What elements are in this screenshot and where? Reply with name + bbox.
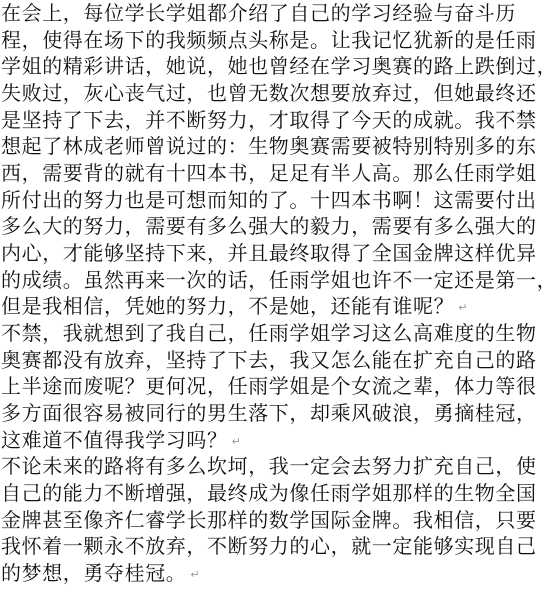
document-page: 在会上，每位学长学姐都介绍了自己的学习经验与奋斗历 程，使得在场下的我频频点头称… <box>0 0 554 592</box>
text-line: 失败过，灰心丧气过，也曾无数次想要放弃过，但她最终还 <box>1 80 554 107</box>
text-line: 的成绩。虽然再来一次的话，任雨学姐也许不一定还是第一， <box>1 267 554 294</box>
text-line: 多方面很容易被同行的男生落下，却乘风破浪，勇摘桂冠， <box>1 400 554 427</box>
paragraph-mark-icon: ↵ <box>458 301 468 314</box>
text-line: 是坚持了下去，并不断努力，才取得了今天的成就。我不禁 <box>1 107 554 134</box>
text-line: 多么大的努力，需要有多么强大的毅力，需要有多么强大的 <box>1 213 554 240</box>
text-line: 内心，才能够坚持下来，并且最终取得了全国金牌这样优异 <box>1 240 554 267</box>
text-line: 不禁，我就想到了我自己，任雨学姐学习这么高难度的生物 <box>1 320 554 347</box>
text-line: 的梦想，勇夺桂冠。↵ <box>1 560 554 587</box>
text-line-content: 但是我相信，凭她的努力，不是她，还能有谁呢？ <box>1 294 454 318</box>
text-line: 在会上，每位学长学姐都介绍了自己的学习经验与奋斗历 <box>1 0 554 27</box>
text-line: 但是我相信，凭她的努力，不是她，还能有谁呢？↵ <box>1 293 554 320</box>
text-line: 这难道不值得我学习吗？↵ <box>1 427 554 454</box>
text-line: 奥赛都没有放弃，坚持了下去，我又怎么能在扩充自己的路 <box>1 347 554 374</box>
text-line: 想起了林成老师曾说过的：生物奥赛需要被特别特别多的东 <box>1 133 554 160</box>
text-line: 程，使得在场下的我频频点头称是。让我记忆犹新的是任雨 <box>1 27 554 54</box>
paragraph-mark-icon: ↵ <box>190 568 200 581</box>
text-line: 金牌甚至像齐仁睿学长那样的数学国际金牌。我相信，只要 <box>1 507 554 534</box>
paragraph-mark-icon: ↵ <box>232 435 242 448</box>
text-line: 我怀着一颗永不放弃，不断努力的心，就一定能够实现自己 <box>1 533 554 560</box>
text-line: 不论未来的路将有多么坎坷，我一定会去努力扩充自己，使 <box>1 453 554 480</box>
text-line-content: 这难道不值得我学习吗？ <box>1 428 228 452</box>
text-line: 学姐的精彩讲话，她说，她也曾经在学习奥赛的路上跌倒过， <box>1 53 554 80</box>
text-line: 所付出的努力也是可想而知的了。十四本书啊！这需要付出 <box>1 187 554 214</box>
text-line: 上半途而废呢？更何况，任雨学姐是个女流之辈，体力等很 <box>1 373 554 400</box>
text-line: 西，需要背的就有十四本书，足足有半人高。那么任雨学姐 <box>1 160 554 187</box>
text-line-content: 的梦想，勇夺桂冠。 <box>1 561 186 585</box>
text-line: 自己的能力不断增强，最终成为像任雨学姐那样的生物全国 <box>1 480 554 507</box>
